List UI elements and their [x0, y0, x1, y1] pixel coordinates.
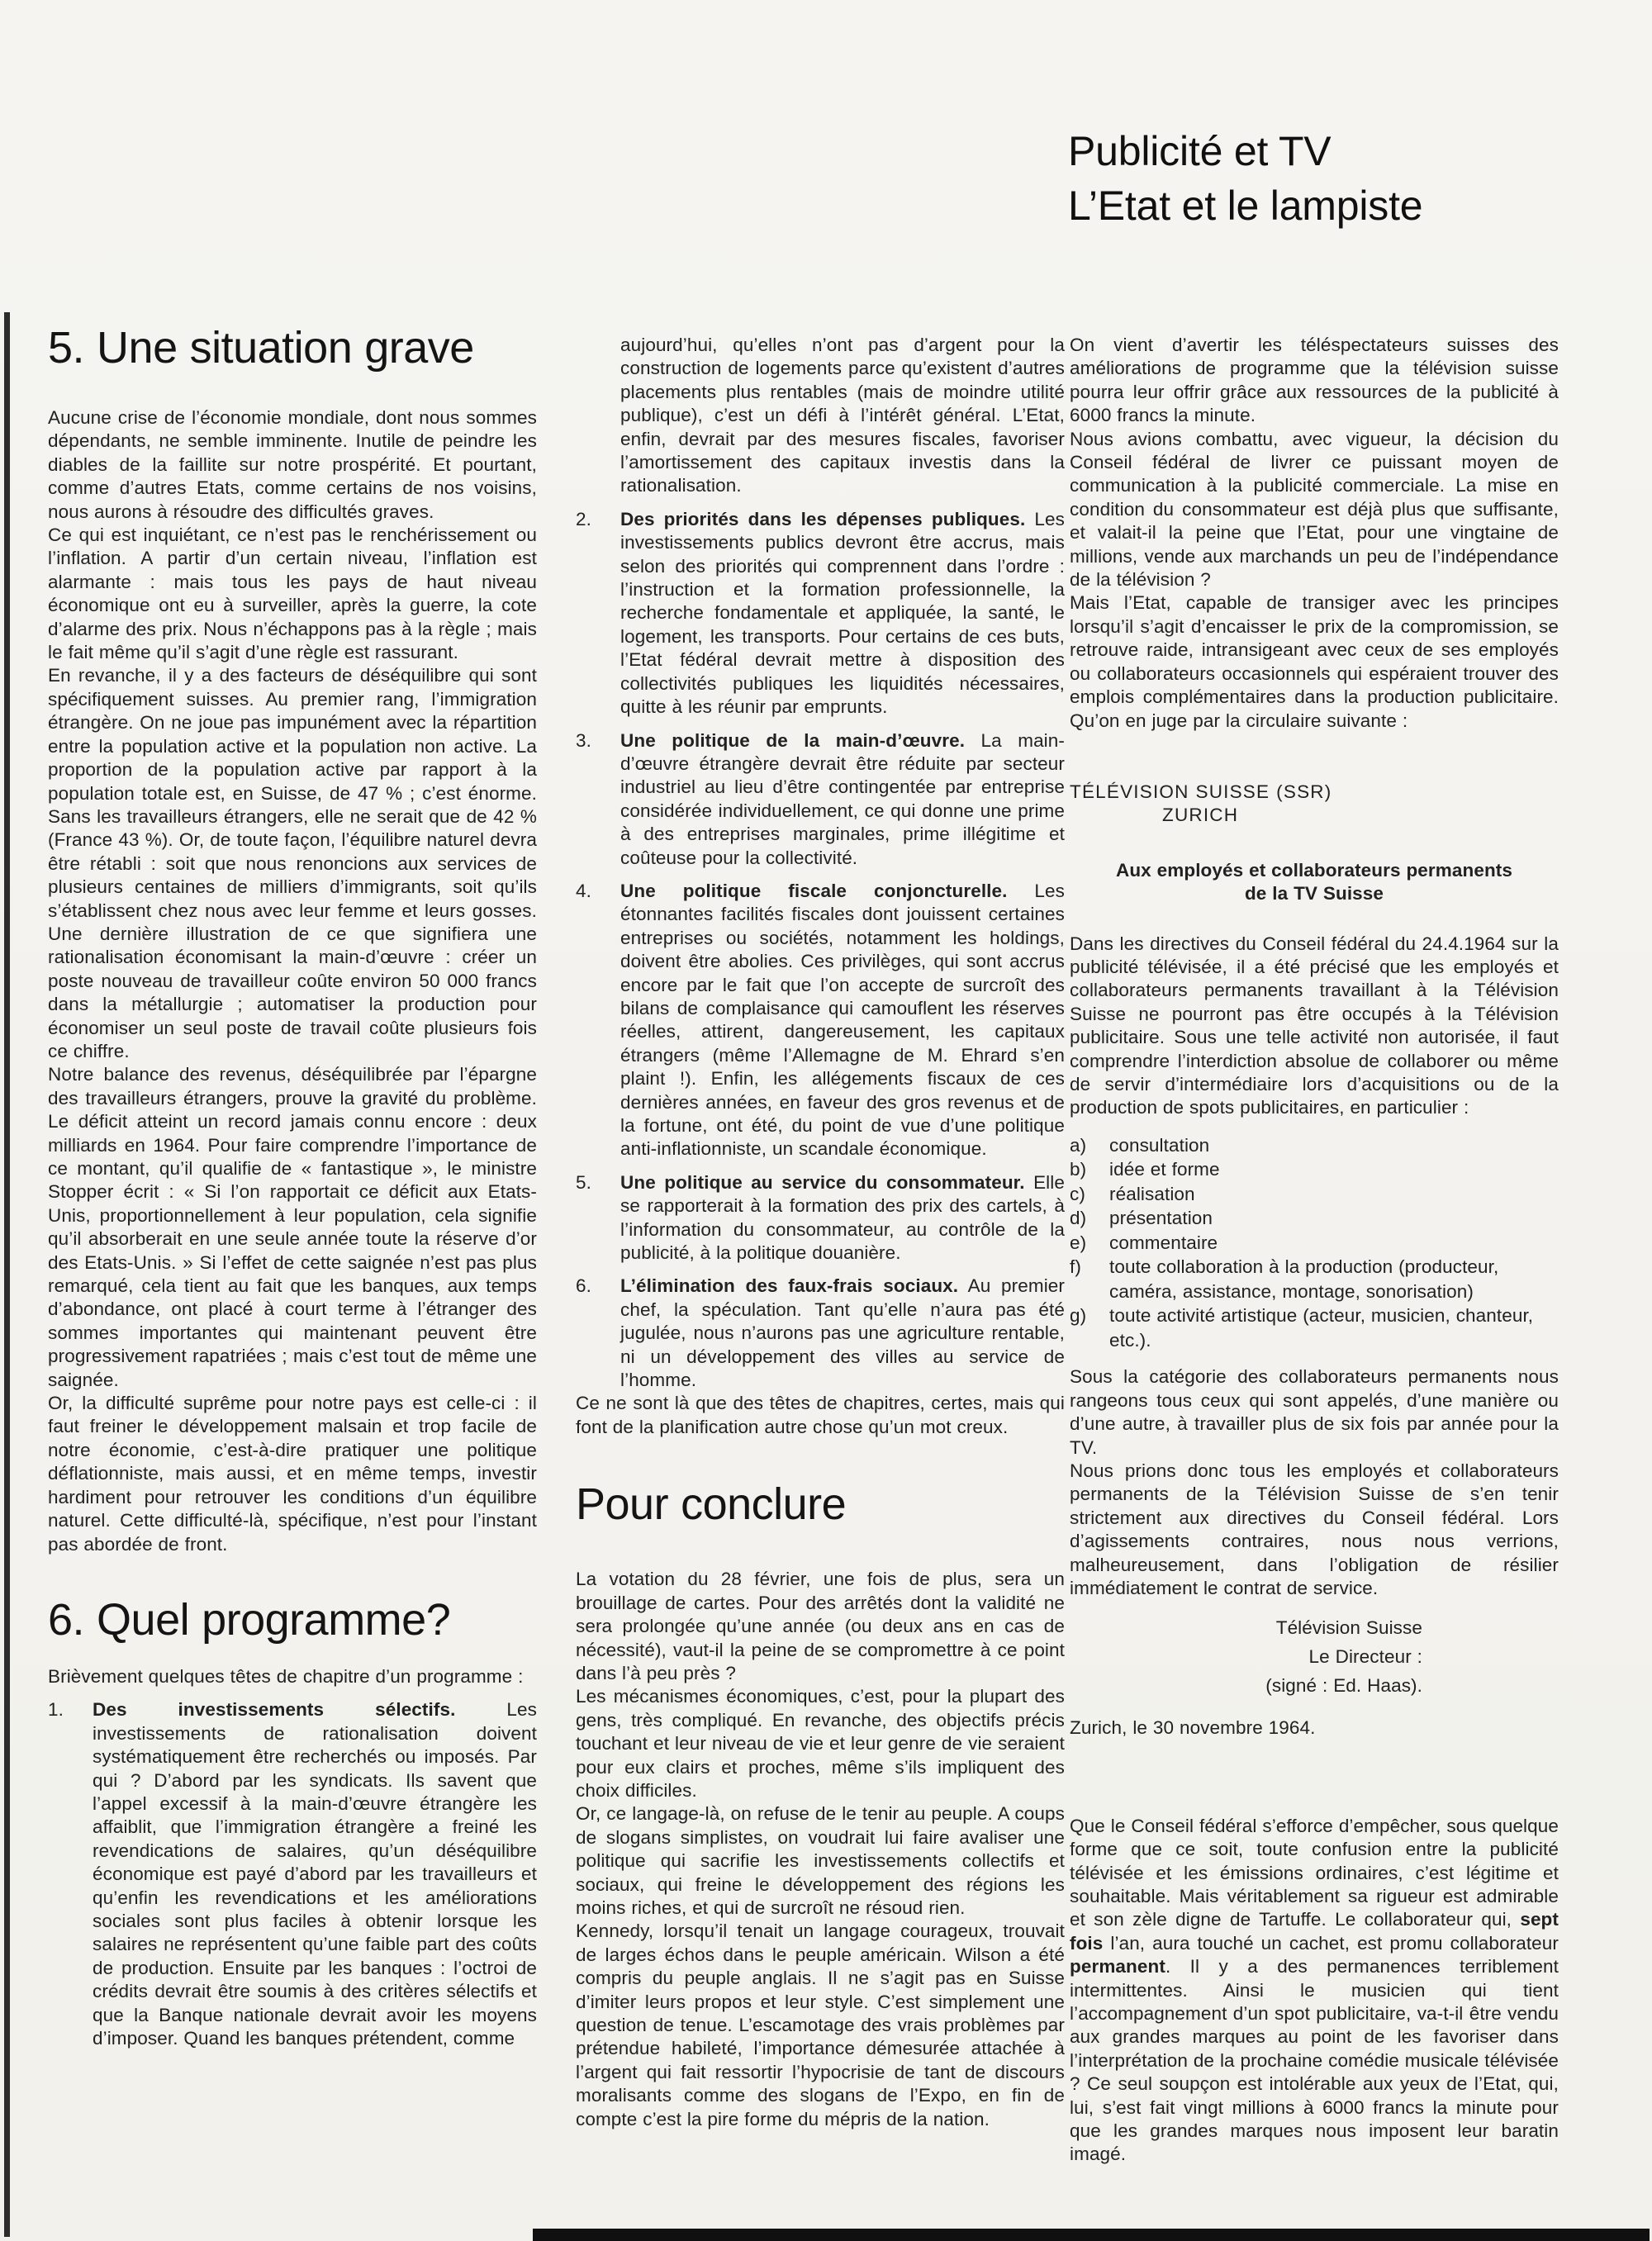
item-marker: c) [1070, 1182, 1085, 1207]
item-marker: 4. [576, 880, 591, 903]
text-run: . Il y a des permanences terriblement in… [1070, 1956, 1559, 2164]
text-run: de la TV Suisse [1245, 883, 1384, 904]
paragraph: Nous avions combattu, avec vigueur, la d… [1070, 428, 1559, 592]
address-line: ZURICH [1070, 804, 1559, 827]
text-run: Zurich, le 30 novembre 1964. [1070, 1717, 1315, 1738]
lettered-item: f)toute collaboration à la production (p… [1070, 1255, 1559, 1303]
paragraph: Aucune crise de l’économie mondiale, don… [48, 406, 537, 524]
signature-line: Télévision Suisse [1070, 1613, 1559, 1642]
item-marker: a) [1070, 1133, 1086, 1158]
bold-text: Des investissements sélectifs. [93, 1699, 455, 1720]
column-1: 5. Une situation graveAucune crise de l’… [48, 324, 537, 2233]
numbered-item: 4.Une politique fiscale conjoncturelle. … [576, 880, 1065, 1161]
item-text: Une politique fiscale conjoncturelle. Le… [620, 881, 1065, 1159]
lettered-item: c)réalisation [1070, 1182, 1559, 1207]
paragraph: Ce qui est inquiétant, ce n’est pas le r… [48, 524, 537, 664]
text-run: Sous la catégorie des collaborateurs per… [1070, 1366, 1559, 1457]
left-margin-rule [4, 312, 10, 2237]
text-run: (signé : Ed. Haas). [1265, 1675, 1422, 1696]
item-marker: 2. [576, 508, 591, 531]
lettered-item: b)idée et forme [1070, 1157, 1559, 1182]
numbered-item: 5.Une politique au service du consommate… [576, 1171, 1065, 1265]
item-text: commentaire [1109, 1232, 1218, 1253]
text-run: 6. Quel programme? [48, 1595, 450, 1645]
column-3: On vient d’avertir les téléspectateurs s… [1070, 334, 1559, 2233]
text-run: l’an, aura touché un cachet, est promu c… [1103, 1933, 1559, 1954]
item-marker: e) [1070, 1231, 1086, 1256]
text-run: TÉLÉVISION SUISSE (SSR) [1070, 781, 1332, 802]
text-run: Télévision Suisse [1276, 1617, 1422, 1638]
bold-text: Une politique au service du consommateur… [620, 1172, 1025, 1193]
text-run: Les étonnantes facilités fiscales dont j… [620, 881, 1065, 1159]
text-run: toute collaboration à la production (pro… [1109, 1256, 1498, 1302]
item-text: L’élimination des faux-frais sociaux. Au… [620, 1275, 1065, 1390]
text-run: ZURICH [1162, 805, 1238, 825]
bold-text: permanent [1070, 1956, 1165, 1977]
numbered-item: 2.Des priorités dans les dépenses publiq… [576, 508, 1065, 719]
text-run: Aux employés et collaborateurs permanent… [1116, 860, 1512, 881]
address-line: TÉLÉVISION SUISSE (SSR) [1070, 781, 1559, 804]
numbered-item: 1.Des investissements sélectifs. Les inv… [48, 1698, 537, 2050]
paragraph: Notre balance des revenus, déséquilibrée… [48, 1063, 537, 1392]
paragraph: Sous la catégorie des collaborateurs per… [1070, 1365, 1559, 1460]
text-run: idée et forme [1109, 1159, 1220, 1180]
item-marker: f) [1070, 1255, 1081, 1280]
item-text: Une politique de la main-d’œuvre. La mai… [620, 730, 1065, 868]
text-run: 5. Une situation grave [48, 324, 474, 373]
text-run: Ce ne sont là que des têtes de chapitres… [576, 1393, 1065, 1436]
item-marker: b) [1070, 1157, 1086, 1182]
text-run: Les mécanismes économiques, c’est, pour … [576, 1686, 1065, 1801]
text-run: Or, la difficulté suprême pour notre pay… [48, 1393, 537, 1554]
section-heading: 5. Une situation grave [48, 324, 537, 372]
paragraph: Mais l’Etat, capable de transiger avec l… [1070, 591, 1559, 732]
item-marker: 5. [576, 1171, 591, 1194]
text-run: Le Directeur : [1309, 1646, 1422, 1667]
item-text: toute collaboration à la production (pro… [1109, 1256, 1498, 1302]
paragraph: Nous prions donc tous les employés et co… [1070, 1460, 1559, 1600]
item-marker: g) [1070, 1303, 1086, 1328]
article-title: Publicité et TV L’Etat et le lampiste [1068, 124, 1422, 233]
section-heading: 6. Quel programme? [48, 1596, 537, 1644]
paragraph: Kennedy, lorsqu’il tenait un langage cou… [576, 1920, 1065, 2131]
text-run: La votation du 28 février, une fois de p… [576, 1569, 1065, 1683]
article-title-line-2: L’Etat et le lampiste [1068, 178, 1422, 233]
text-run: consultation [1109, 1135, 1209, 1156]
text-run: présentation [1109, 1208, 1213, 1228]
text-run: Notre balance des revenus, déséquilibrée… [48, 1064, 537, 1389]
column-2: aujourd’hui, qu’elles n’ont pas d’argent… [576, 334, 1065, 2233]
text-run: Mais l’Etat, capable de transiger avec l… [1070, 592, 1559, 730]
text-run: toute activité artistique (acteur, music… [1109, 1305, 1533, 1351]
numbered-item: 6.L’élimination des faux-frais sociaux. … [576, 1275, 1065, 1392]
bold-text: Des priorités dans les dépenses publique… [620, 509, 1025, 529]
signature-line: Le Directeur : [1070, 1642, 1559, 1671]
lettered-item: e)commentaire [1070, 1231, 1559, 1256]
text-run: Les investissements de rationalisation d… [93, 1699, 537, 2049]
signature-line: (signé : Ed. Haas). [1070, 1671, 1559, 1700]
item-text: toute activité artistique (acteur, music… [1109, 1305, 1533, 1351]
item-marker: 1. [48, 1698, 64, 1721]
paragraph: aujourd’hui, qu’elles n’ont pas d’argent… [576, 334, 1065, 498]
text-run: Or, ce langage-là, on refuse de le tenir… [576, 1803, 1065, 1918]
item-marker: 3. [576, 729, 591, 753]
text-run: Kennedy, lorsqu’il tenait un langage cou… [576, 1921, 1065, 2129]
item-marker: 6. [576, 1275, 591, 1298]
lettered-item: a)consultation [1070, 1133, 1559, 1158]
item-text: idée et forme [1109, 1159, 1220, 1180]
text-run: Ce qui est inquiétant, ce n’est pas le r… [48, 525, 537, 662]
bold-text: Une politique de la main-d’œuvre. [620, 730, 965, 751]
paragraph: On vient d’avertir les téléspectateurs s… [1070, 334, 1559, 428]
article-title-line-1: Publicité et TV [1068, 124, 1422, 178]
paragraph: En revanche, il y a des facteurs de désé… [48, 664, 537, 1063]
item-text: réalisation [1109, 1184, 1195, 1204]
magazine-page: { "page": { "title_lines": ["Publicité e… [0, 0, 1652, 2241]
text-run: Aucune crise de l’économie mondiale, don… [48, 407, 537, 522]
item-text: Des investissements sélectifs. Les inves… [93, 1699, 537, 2049]
text-run: En revanche, il y a des facteurs de désé… [48, 665, 537, 1061]
item-text: Une politique au service du consommateur… [620, 1172, 1065, 1263]
item-text: Des priorités dans les dépenses publique… [620, 509, 1065, 717]
section-heading: Pour conclure [576, 1480, 1065, 1528]
paragraph: Brièvement quelques têtes de chapitre d’… [48, 1665, 537, 1688]
lettered-item: d)présentation [1070, 1206, 1559, 1231]
text-run: Dans les directives du Conseil fédéral d… [1070, 933, 1559, 1118]
bold-text: Une politique fiscale conjoncturelle. [620, 881, 1007, 901]
text-run: commentaire [1109, 1232, 1218, 1253]
text-run: On vient d’avertir les téléspectateurs s… [1070, 335, 1559, 425]
paragraph: Ce ne sont là que des têtes de chapitres… [576, 1392, 1065, 1439]
text-run: Brièvement quelques têtes de chapitre d’… [48, 1666, 523, 1687]
text-run: Nous prions donc tous les employés et co… [1070, 1460, 1559, 1598]
text-run: Les investissements publics devront être… [620, 509, 1065, 717]
letter-heading: Aux employés et collaborateurs permanent… [1070, 859, 1559, 882]
lettered-item: g)toute activité artistique (acteur, mus… [1070, 1303, 1559, 1352]
item-text: consultation [1109, 1135, 1209, 1156]
letter-heading: de la TV Suisse [1070, 882, 1559, 905]
text-run: Nous avions combattu, avec vigueur, la d… [1070, 429, 1559, 590]
item-text: présentation [1109, 1208, 1213, 1228]
paragraph: Les mécanismes économiques, c’est, pour … [576, 1685, 1065, 1802]
paragraph: La votation du 28 février, une fois de p… [576, 1568, 1065, 1685]
item-marker: d) [1070, 1206, 1086, 1231]
text-run: Pour conclure [576, 1479, 846, 1529]
dateline: Zurich, le 30 novembre 1964. [1070, 1716, 1559, 1740]
paragraph: Or, ce langage-là, on refuse de le tenir… [576, 1802, 1065, 1920]
text-run: réalisation [1109, 1184, 1195, 1204]
paragraph: Que le Conseil fédéral s’efforce d’empêc… [1070, 1815, 1559, 2167]
numbered-item: 3.Une politique de la main-d’œuvre. La m… [576, 729, 1065, 870]
text-run: aujourd’hui, qu’elles n’ont pas d’argent… [620, 335, 1065, 496]
bold-text: L’élimination des faux-frais sociaux. [620, 1275, 958, 1296]
text-run: Que le Conseil fédéral s’efforce d’empêc… [1070, 1816, 1559, 1930]
paragraph: Dans les directives du Conseil fédéral d… [1070, 933, 1559, 1120]
paragraph: Or, la difficulté suprême pour notre pay… [48, 1392, 537, 1556]
